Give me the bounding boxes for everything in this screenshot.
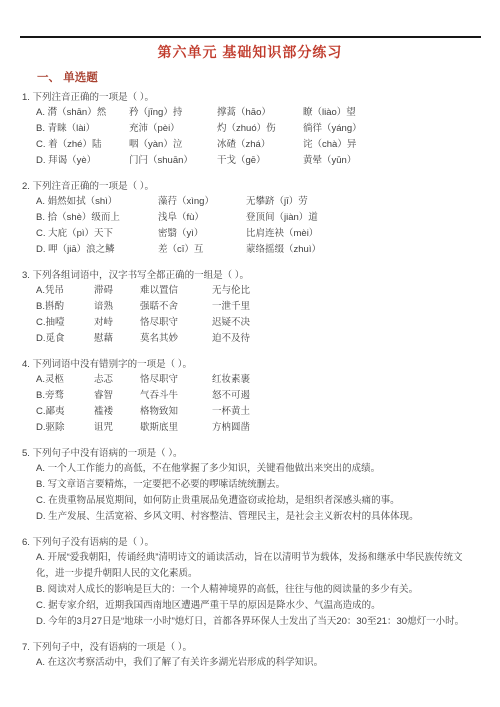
option-list: A. 在这次考察活动中，我们了解了有关许多湖光岩形成的科学知识。 xyxy=(36,655,480,671)
option-item: C. 据专家介绍，近期我国西南地区遭遇严重干旱的原因是降水少、气温高造成的。 xyxy=(36,598,381,614)
option-item: B.旁骛 xyxy=(36,388,94,404)
option-item: C. 在贵重物品展览期间，如何防止贵重展品免遭盗窃或抢劫，是组织者深感头痛的事。 xyxy=(36,493,400,509)
option-item: 浅阜（fù） xyxy=(158,210,246,226)
question-stem: 7. 下列句子中，没有语病的一项是（ ）。 xyxy=(22,641,480,655)
option-item: 迫不及待 xyxy=(212,331,250,347)
option-row: C. 据专家介绍，近期我国西南地区遭遇严重干旱的原因是降水少、气温高造成的。 xyxy=(36,598,480,614)
question-stem: 6. 下列句子没有语病的是（ ）。 xyxy=(22,536,480,550)
option-row: D. 拜谒（yè） 门闩（shuān） 干戈（gē） 黄晕（yūn） xyxy=(36,153,480,169)
option-item: B.斟酌 xyxy=(36,299,94,315)
option-item: D.觅食 xyxy=(36,331,94,347)
option-list: A. 娟然如拭（shì） 藻荇（xìng） 无攀跻（jī）劳 B. 拾（shè）… xyxy=(36,194,480,258)
option-item: D. 生产发展、生活宽裕、乡风文明、村容整洁、管理民主，是社会主义新农村的具体体… xyxy=(36,509,419,525)
option-item: 怒不可遏 xyxy=(212,388,250,404)
option-item: 歇斯底里 xyxy=(140,420,212,436)
worksheet-page: 第六单元 基础知识部分练习 一、 单选题 1. 下列注音正确的一项是（ ）。 A… xyxy=(0,36,500,671)
question-stem: 1. 下列注音正确的一项是（ ）。 xyxy=(22,91,480,105)
option-item: D. 今年的3月27日是“地球一小时”熄灯日，首都各界环保人士发出了当天20：3… xyxy=(36,614,464,630)
option-item: A. 开展“爱我朝阳，传诵经典”清明诗文的诵读活动，旨在以清明节为载体，发扬和继… xyxy=(36,550,480,582)
option-row: C. 在贵重物品展览期间，如何防止贵重展品免遭盗窃或抢劫，是组织者深感头痛的事。 xyxy=(36,493,480,509)
option-item: 密翳（yì） xyxy=(158,226,246,242)
option-item: 慰藉 xyxy=(94,331,140,347)
option-row: A.灵柩 忐忑 恪尽职守 红妆素裹 xyxy=(36,372,480,388)
option-row: C.鄙夷 褴褛 格物致知 一杯黄土 xyxy=(36,404,480,420)
option-item: 褴褛 xyxy=(94,404,140,420)
option-row: D. 今年的3月27日是“地球一小时”熄灯日，首都各界环保人士发出了当天20：3… xyxy=(36,614,480,630)
question-7: 7. 下列句子中，没有语病的一项是（ ）。 A. 在这次考察活动中，我们了解了有… xyxy=(22,641,480,671)
option-row: A. 潸（shān）然 矜（jīng）持 撑蒿（hāo） 瞭（liào）望 xyxy=(36,105,480,121)
option-item: 黄晕（yūn） xyxy=(303,153,356,169)
option-row: D. 生产发展、生活宽裕、乡风文明、村容整洁、管理民主，是社会主义新农村的具体体… xyxy=(36,509,480,525)
option-item: D. 呷（jiā）浪之鳞 xyxy=(36,242,158,258)
question-stem: 3. 下列各组词语中，汉字书写全都正确的一组是（ ）。 xyxy=(22,269,480,283)
option-row: D. 呷（jiā）浪之鳞 差（cī）互 蒙络摇缀（zhuì） xyxy=(36,242,480,258)
option-item: 无攀跻（jī）劳 xyxy=(246,194,308,210)
option-item: 睿智 xyxy=(94,388,140,404)
option-row: A. 娟然如拭（shì） 藻荇（xìng） 无攀跻（jī）劳 xyxy=(36,194,480,210)
option-list: A. 开展“爱我朝阳，传诵经典”清明诗文的诵读活动，旨在以清明节为载体，发扬和继… xyxy=(36,550,480,630)
question-stem: 2. 下列注音正确的一项是（ ）。 xyxy=(22,180,480,194)
option-item: C. 大庇（pì）天下 xyxy=(36,226,158,242)
option-row: C.抽噎 对峙 恪尽职守 迟疑不决 xyxy=(36,315,480,331)
option-item: C.鄙夷 xyxy=(36,404,94,420)
option-row: B. 青睐（lài） 充沛（pèi） 灼（zhuó）伤 徜徉（yáng） xyxy=(36,121,480,137)
option-row: A. 开展“爱我朝阳，传诵经典”清明诗文的诵读活动，旨在以清明节为载体，发扬和继… xyxy=(36,550,480,582)
option-item: 干戈（gē） xyxy=(217,153,303,169)
option-item: 瞭（liào）望 xyxy=(303,105,356,121)
question-3: 3. 下列各组词语中，汉字书写全都正确的一组是（ ）。 A.凭吊 滞碍 难以置信… xyxy=(22,269,480,347)
option-list: A. 潸（shān）然 矜（jīng）持 撑蒿（hāo） 瞭（liào）望 B.… xyxy=(36,105,480,169)
option-row: A.凭吊 滞碍 难以置信 无与伦比 xyxy=(36,283,480,299)
option-item: 灼（zhuó）伤 xyxy=(217,121,303,137)
question-stem: 5. 下列句子中没有语病的一项是（ ）。 xyxy=(22,447,480,461)
option-item: 谙熟 xyxy=(94,299,140,315)
option-item: 迟疑不决 xyxy=(212,315,250,331)
option-item: 登顶间（jiàn）道 xyxy=(246,210,318,226)
question-6: 6. 下列句子没有语病的是（ ）。 A. 开展“爱我朝阳，传诵经典”清明诗文的诵… xyxy=(22,536,480,630)
option-item: 莫名其妙 xyxy=(140,331,212,347)
option-item: 一杯黄土 xyxy=(212,404,250,420)
question-stem: 4. 下列词语中没有错别字的一项是（ ）。 xyxy=(22,358,480,372)
option-item: 气吞斗牛 xyxy=(140,388,212,404)
option-item: C.抽噎 xyxy=(36,315,94,331)
option-item: 无与伦比 xyxy=(212,283,250,299)
option-item: 徜徉（yáng） xyxy=(303,121,362,137)
option-item: 冰碴（zhá） xyxy=(217,137,303,153)
option-row: A. 在这次考察活动中，我们了解了有关许多湖光岩形成的科学知识。 xyxy=(36,655,480,671)
option-item: D.驱除 xyxy=(36,420,94,436)
option-item: 忐忑 xyxy=(94,372,140,388)
section-heading: 一、 单选题 xyxy=(37,69,500,85)
question-1: 1. 下列注音正确的一项是（ ）。 A. 潸（shān）然 矜（jīng）持 撑… xyxy=(22,91,480,169)
option-item: A. 潸（shān）然 xyxy=(36,105,129,121)
option-item: B. 青睐（lài） xyxy=(36,121,129,137)
option-item: 一泄千里 xyxy=(212,299,250,315)
option-item: 强聒不舍 xyxy=(140,299,212,315)
option-row: C. 着（zhé）陆 咽（yàn）泣 冰碴（zhá） 诧（chà）异 xyxy=(36,137,480,153)
option-item: A. 娟然如拭（shì） xyxy=(36,194,158,210)
option-item: 藻荇（xìng） xyxy=(158,194,246,210)
top-divider xyxy=(20,36,481,38)
option-item: 对峙 xyxy=(94,315,140,331)
option-row: D.驱除 诅咒 歇斯底里 方枘圆凿 xyxy=(36,420,480,436)
page-title: 第六单元 基础知识部分练习 xyxy=(0,42,500,62)
option-item: D. 拜谒（yè） xyxy=(36,153,129,169)
option-item: A. 一个人工作能力的高低，不在他掌握了多少知识，关键看他做出来突出的成绩。 xyxy=(36,461,380,477)
option-item: 矜（jīng）持 xyxy=(129,105,217,121)
option-item: A.灵柩 xyxy=(36,372,94,388)
option-row: C. 大庇（pì）天下 密翳（yì） 比肩连袂（mèi） xyxy=(36,226,480,242)
option-row: B. 拾（shè）级而上 浅阜（fù） 登顶间（jiàn）道 xyxy=(36,210,480,226)
option-item: 咽（yàn）泣 xyxy=(129,137,217,153)
option-row: D.觅食 慰藉 莫名其妙 迫不及待 xyxy=(36,331,480,347)
option-row: B.斟酌 谙熟 强聒不舍 一泄千里 xyxy=(36,299,480,315)
option-item: 滞碍 xyxy=(94,283,140,299)
option-row: B.旁骛 睿智 气吞斗牛 怒不可遏 xyxy=(36,388,480,404)
option-item: A.凭吊 xyxy=(36,283,94,299)
option-row: A. 一个人工作能力的高低，不在他掌握了多少知识，关键看他做出来突出的成绩。 xyxy=(36,461,480,477)
option-item: 差（cī）互 xyxy=(158,242,246,258)
question-5: 5. 下列句子中没有语病的一项是（ ）。 A. 一个人工作能力的高低，不在他掌握… xyxy=(22,447,480,525)
option-item: 撑蒿（hāo） xyxy=(217,105,303,121)
option-row: B. 阅读对人成长的影响是巨大的：一个人精神境界的高低，往往与他的阅读量的多少有… xyxy=(36,582,480,598)
option-item: 充沛（pèi） xyxy=(129,121,217,137)
option-item: 诅咒 xyxy=(94,420,140,436)
option-item: A. 在这次考察活动中，我们了解了有关许多湖光岩形成的科学知识。 xyxy=(36,655,323,671)
option-item: 恪尽职守 xyxy=(140,372,212,388)
option-item: 格物致知 xyxy=(140,404,212,420)
option-row: B. 写文章语言要精炼，一定要把不必要的啰嗦话统统删去。 xyxy=(36,477,480,493)
question-2: 2. 下列注音正确的一项是（ ）。 A. 娟然如拭（shì） 藻荇（xìng） … xyxy=(22,180,480,258)
option-item: B. 写文章语言要精炼，一定要把不必要的啰嗦话统统删去。 xyxy=(36,477,285,493)
option-item: B. 拾（shè）级而上 xyxy=(36,210,158,226)
option-item: 方枘圆凿 xyxy=(212,420,250,436)
option-list: A.凭吊 滞碍 难以置信 无与伦比 B.斟酌 谙熟 强聒不舍 一泄千里 C.抽噎… xyxy=(36,283,480,347)
option-item: 诧（chà）异 xyxy=(303,137,356,153)
option-list: A. 一个人工作能力的高低，不在他掌握了多少知识，关键看他做出来突出的成绩。 B… xyxy=(36,461,480,525)
option-item: B. 阅读对人成长的影响是巨大的：一个人精神境界的高低，往往与他的阅读量的多少有… xyxy=(36,582,418,598)
option-item: 门闩（shuān） xyxy=(129,153,217,169)
option-list: A.灵柩 忐忑 恪尽职守 红妆素裹 B.旁骛 睿智 气吞斗牛 怒不可遏 C.鄙夷… xyxy=(36,372,480,436)
option-item: C. 着（zhé）陆 xyxy=(36,137,129,153)
option-item: 恪尽职守 xyxy=(140,315,212,331)
option-item: 难以置信 xyxy=(140,283,212,299)
option-item: 红妆素裹 xyxy=(212,372,250,388)
question-4: 4. 下列词语中没有错别字的一项是（ ）。 A.灵柩 忐忑 恪尽职守 红妆素裹 … xyxy=(22,358,480,436)
option-item: 比肩连袂（mèi） xyxy=(246,226,318,242)
option-item: 蒙络摇缀（zhuì） xyxy=(246,242,321,258)
